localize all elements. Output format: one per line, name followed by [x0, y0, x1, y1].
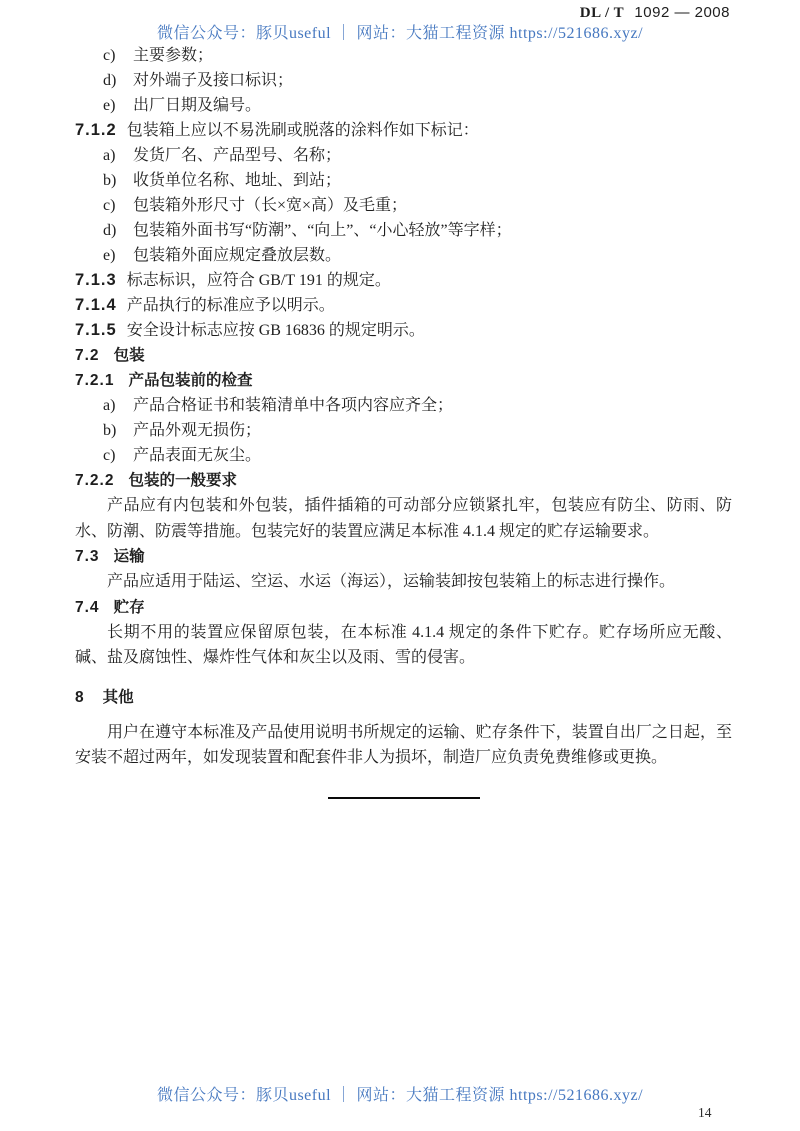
section-number: 7.2: [75, 347, 100, 364]
paragraph: 产品应适用于陆运、空运、水运（海运），运输装卸按包装箱上的标志进行操作。: [75, 569, 732, 595]
list-item: b)产品外观无损伤；: [75, 418, 732, 443]
paragraph: 长期不用的装置应保留原包装，在本标准 4.1.4 规定的条件下贮存。贮存场所应无…: [75, 620, 732, 671]
list-text: 收货单位名称、地址、到站；: [133, 172, 341, 189]
list-text: 产品外观无损伤；: [133, 422, 261, 439]
clause-7.1.2: 7.1.2包装箱上应以不易洗刷或脱落的涂料作如下标记：: [75, 118, 732, 143]
paragraph: 用户在遵守本标准及产品使用说明书所规定的运输、贮存条件下，装置自出厂之日起，至安…: [75, 720, 732, 771]
document-page: DL / T 1092 — 2008 微信公众号：豚贝useful ｜ 网站：大…: [0, 0, 800, 1131]
section-heading-7.2.1: 7.2.1产品包装前的检查: [75, 368, 732, 393]
page-number: 14: [698, 1105, 712, 1121]
section-title: 产品包装前的检查: [128, 372, 252, 389]
list-item: b)收货单位名称、地址、到站；: [75, 168, 732, 193]
section-number: 8: [75, 689, 85, 706]
list-text: 出厂日期及编号。: [133, 97, 261, 114]
end-of-document-rule: [328, 797, 480, 799]
standard-number: 1092 — 2008: [634, 4, 730, 21]
list-marker: d): [103, 68, 133, 93]
section-title: 包装: [114, 347, 145, 364]
section-title: 包装的一般要求: [128, 472, 237, 489]
list-item: a)产品合格证书和装箱清单中各项内容应齐全；: [75, 393, 732, 418]
section-heading-7.2.2: 7.2.2包装的一般要求: [75, 468, 732, 493]
clause-7.1.4: 7.1.4产品执行的标准应予以明示。: [75, 293, 732, 318]
document-body: c)主要参数；d)对外端子及接口标识；e)出厂日期及编号。7.1.2包装箱上应以…: [75, 43, 732, 799]
clause-number: 7.1.2: [75, 121, 117, 139]
section-number: 7.2.1: [75, 372, 114, 389]
clause-text: 包装箱上应以不易洗刷或脱落的涂料作如下标记：: [127, 122, 479, 139]
paragraph: 产品应有内包装和外包装，插件插箱的可动部分应锁紧扎牢，包装应有防尘、防雨、防水、…: [75, 493, 732, 544]
list-marker: e): [103, 93, 133, 118]
list-marker: c): [103, 443, 133, 468]
clause-text: 安全设计标志应按 GB 16836 的规定明示。: [127, 322, 425, 339]
list-item: c)主要参数；: [75, 43, 732, 68]
list-text: 对外端子及接口标识；: [133, 72, 293, 89]
section-heading-7.4: 7.4贮存: [75, 595, 732, 620]
list-text: 包装箱外形尺寸（长×宽×高）及毛重；: [133, 197, 407, 214]
list-marker: a): [103, 143, 133, 168]
list-item: d)包装箱外面书写“防潮”、“向上”、“小心轻放”等字样；: [75, 218, 732, 243]
list-marker: c): [103, 193, 133, 218]
standard-code: DL / T: [580, 5, 624, 21]
section-number: 7.3: [75, 548, 100, 565]
list-item: e)出厂日期及编号。: [75, 93, 732, 118]
list-item: a)发货厂名、产品型号、名称；: [75, 143, 732, 168]
clause-7.1.3: 7.1.3标志标识，应符合 GB/T 191 的规定。: [75, 268, 732, 293]
watermark-top: 微信公众号：豚贝useful ｜ 网站：大猫工程资源 https://52168…: [0, 20, 800, 43]
list-marker: e): [103, 243, 133, 268]
list-text: 主要参数；: [133, 47, 213, 64]
section-title: 其他: [103, 689, 134, 706]
list-marker: b): [103, 418, 133, 443]
section-number: 7.4: [75, 599, 100, 616]
list-text: 发货厂名、产品型号、名称；: [133, 147, 341, 164]
clause-text: 产品执行的标准应予以明示。: [127, 297, 335, 314]
section-number: 7.2.2: [75, 472, 114, 489]
watermark-bottom: 微信公众号：豚贝useful ｜ 网站：大猫工程资源 https://52168…: [0, 1082, 800, 1105]
clause-text: 标志标识，应符合 GB/T 191 的规定。: [127, 272, 391, 289]
clause-number: 7.1.3: [75, 271, 117, 289]
list-item: c)包装箱外形尺寸（长×宽×高）及毛重；: [75, 193, 732, 218]
section-title: 贮存: [114, 599, 145, 616]
list-item: e)包装箱外面应规定叠放层数。: [75, 243, 732, 268]
clause-number: 7.1.4: [75, 296, 117, 314]
clause-number: 7.1.5: [75, 321, 117, 339]
section-title: 运输: [114, 548, 145, 565]
list-text: 包装箱外面应规定叠放层数。: [133, 247, 341, 264]
list-marker: b): [103, 168, 133, 193]
list-marker: c): [103, 43, 133, 68]
section-heading-7.3: 7.3运输: [75, 544, 732, 569]
list-text: 产品合格证书和装箱清单中各项内容应齐全；: [133, 397, 453, 414]
list-marker: d): [103, 218, 133, 243]
section-heading-7.2: 7.2包装: [75, 343, 732, 368]
list-text: 包装箱外面书写“防潮”、“向上”、“小心轻放”等字样；: [133, 222, 512, 239]
section-heading-8: 8其他: [75, 685, 732, 710]
list-marker: a): [103, 393, 133, 418]
clause-7.1.5: 7.1.5安全设计标志应按 GB 16836 的规定明示。: [75, 318, 732, 343]
list-item: c)产品表面无灰尘。: [75, 443, 732, 468]
list-item: d)对外端子及接口标识；: [75, 68, 732, 93]
list-text: 产品表面无灰尘。: [133, 447, 261, 464]
